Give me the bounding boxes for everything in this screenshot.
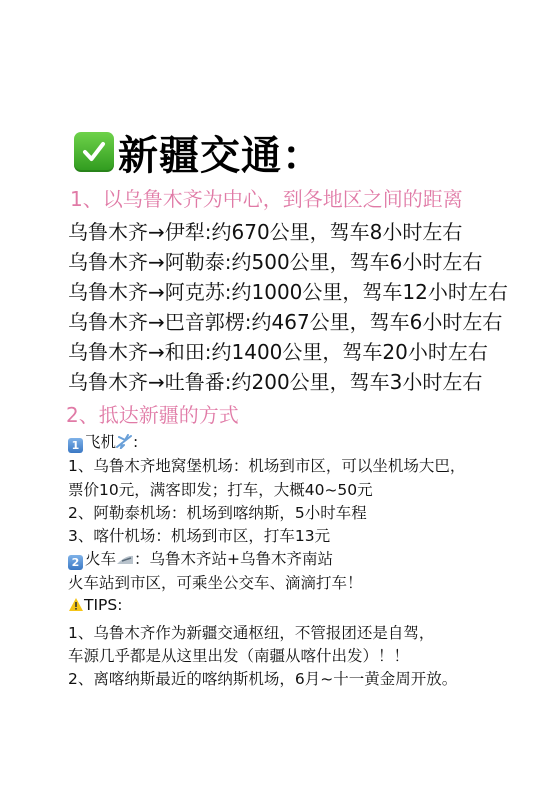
section2-heading: 2、抵达新疆的方式 [66, 399, 239, 428]
train-line: 火车站到市区，可乘坐公交车、滴滴打车！ [68, 571, 363, 593]
warning-icon [68, 597, 84, 616]
section1-heading: 1、以乌鲁木齐为中心，到各地区之间的距离 [70, 183, 463, 212]
plane-line: 票价10元，满客即发；打车，大概40~50元 [68, 478, 373, 500]
train-label: 火车 [85, 550, 116, 568]
tips-line: 2、离喀纳斯最近的喀纳斯机场，6月~十一黄金周开放。 [68, 667, 457, 689]
plane-label: 飞机 [85, 433, 116, 451]
plane-suffix: : [133, 433, 138, 451]
tips-heading: TIPS: [68, 596, 122, 616]
route-line: 乌鲁木齐→阿勒泰:约500公里，驾车6小时左右 [68, 246, 482, 275]
route-line: 乌鲁木齐→吐鲁番:约200公里，驾车3小时左右 [68, 366, 482, 395]
tips-label: TIPS: [84, 596, 122, 614]
plane-line: 1、乌鲁木齐地窝堡机场：机场到市区，可以坐机场大巴， [68, 454, 465, 476]
tips-line: 1、乌鲁木齐作为新疆交通枢纽，不管报团还是自驾， [68, 621, 434, 643]
tips-line: 车源几乎都是从这里出发（南疆从喀什出发）！！ [68, 644, 409, 666]
train-subheading: 2火车：乌鲁木齐站+乌鲁木齐南站 [68, 547, 333, 570]
airplane-icon [116, 434, 133, 453]
plane-subheading: 1飞机: [68, 430, 138, 453]
page-title: 新疆交通： [74, 126, 323, 178]
route-line: 乌鲁木齐→阿克苏:约1000公里，驾车12小时左右 [68, 276, 508, 305]
plane-line: 2、阿勒泰机场：机场到喀纳斯，5小时车程 [68, 501, 367, 523]
page-title-text: 新疆交通： [118, 124, 323, 181]
train-suffix: ：乌鲁木齐站+乌鲁木齐南站 [134, 550, 333, 568]
route-line: 乌鲁木齐→巴音郭楞:约467公里，驾车6小时左右 [68, 306, 502, 335]
route-line: 乌鲁木齐→和田:约1400公里，驾车20小时左右 [68, 336, 488, 365]
route-line: 乌鲁木齐→伊犁:约670公里，驾车8小时左右 [68, 216, 462, 245]
check-mark-button-icon [74, 132, 114, 172]
keycap-1-icon: 1 [68, 438, 83, 453]
high-speed-train-icon [116, 552, 134, 570]
keycap-2-icon: 2 [68, 555, 83, 570]
plane-line: 3、喀什机场：机场到市区，打车13元 [68, 524, 330, 546]
